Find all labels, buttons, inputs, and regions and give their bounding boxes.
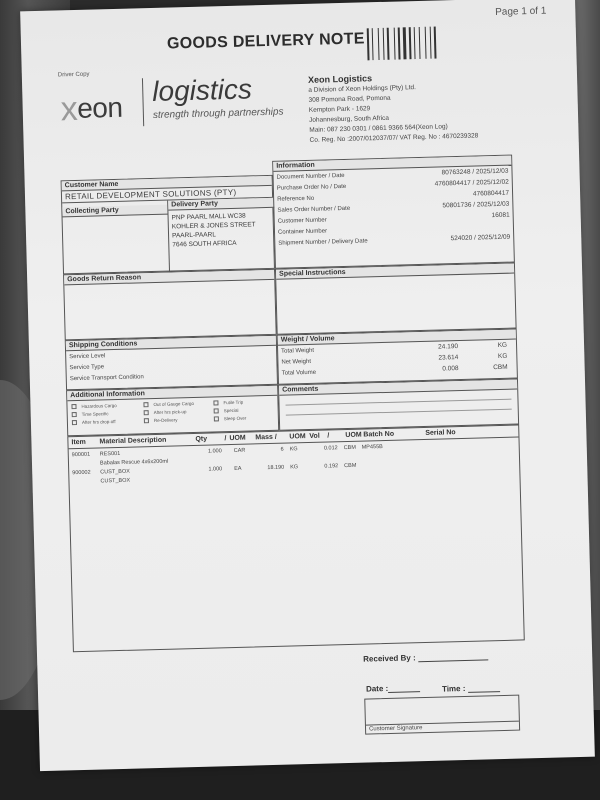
checkbox[interactable] [144,418,149,423]
checkbox-label: Futile Trip [223,399,273,405]
information-section: Information Document Number / Date807632… [272,155,515,269]
comments-section: Comments [278,378,519,430]
col-qty: Qty [195,435,221,443]
logo-logistics: logistics [152,73,252,108]
weight-volume-section: Weight / Volume Total Weight24.190KG Net… [277,329,518,385]
checkbox-label: After hrs drop-off [82,418,144,425]
col-serial: Serial No [425,428,485,437]
received-by: Received By : [363,651,488,663]
col-sep: / [221,435,229,442]
goods-return-section: Goods Return Reason [63,269,277,341]
items-table: Item Material Description Qty / UOM Mass… [67,424,524,652]
time-line [468,684,500,693]
checkbox-label: After hrs pick-up [154,408,214,415]
time-field: Time : [442,683,500,694]
col-vol: Vol [309,432,327,439]
checkbox-label: Special [224,407,274,413]
collecting-party: Collecting Party [62,205,167,218]
document-title: GOODS DELIVERY NOTE [167,30,365,53]
customer-section: Customer Name RETAIL DEVELOPMENT SOLUTIO… [61,175,275,275]
company-details: Xeon Logistics a Division of Xeon Holdin… [308,69,479,145]
checkbox[interactable] [72,420,77,425]
information-rows: Document Number / Date80763248 / 2025/12… [273,166,513,249]
comment-line [286,409,512,416]
special-instructions-section: Special Instructions [275,263,517,335]
page-number: Page 1 of 1 [495,6,546,18]
date-line [388,684,420,693]
checkbox[interactable] [144,410,149,415]
signature-label: Customer Signature [366,721,519,734]
logo-tagline: strength through partnerships [153,107,284,121]
col-batch: Batch No [363,430,425,439]
col-material: Material Description [99,436,195,446]
logo-xeon: xeon [60,87,123,128]
col-sep: / [327,432,339,439]
col-uom: UOM [229,434,255,442]
delivery-address: PNP PAARL MALL WC38 KOHLER & JONES STREE… [168,208,275,253]
additional-information-section: Additional Information Hazardous CargoOu… [66,385,279,437]
barcode-icon [367,26,458,60]
checkbox[interactable] [71,404,76,409]
checkbox-label: Out of Gauge Cargo [153,400,213,407]
checkbox-label: Re-Delivery [154,416,214,423]
checkbox-label: Hazardous Cargo [81,402,143,409]
checkbox[interactable] [72,412,77,417]
company-logo: xeon logistics strength through partners… [60,72,321,139]
collecting-party-header: Collecting Party [62,205,167,218]
shipping-row: Service Transport Condition [70,372,210,382]
signature-box: Customer Signature [364,695,520,735]
received-by-line [418,652,488,662]
address-line: 7646 SOUTH AFRICA [172,238,272,250]
comment-line [286,399,512,406]
col-mass-uom: UOM [283,433,309,441]
checkbox[interactable] [214,408,219,413]
date-field: Date : [366,683,420,693]
checkbox-label: Time Specific [82,410,144,417]
checkbox-label: Sleep Over [224,415,274,421]
shipping-conditions-section: Shipping Conditions Service Level Servic… [65,335,278,391]
col-mass: Mass / [255,434,283,442]
document-body: Page 1 of 1 GOODS DELIVERY NOTE Driver C… [56,0,576,770]
checkbox[interactable] [213,400,218,405]
col-item: Item [71,438,99,446]
additional-options: Hazardous CargoOut of Gauge CargoFutile … [67,396,278,428]
delivery-note-paper: Page 1 of 1 GOODS DELIVERY NOTE Driver C… [20,0,595,771]
checkbox[interactable] [143,402,148,407]
checkbox[interactable] [214,416,219,421]
col-vol-uom: UOM [339,432,363,440]
logo-divider [142,78,144,126]
delivery-party: Delivery Party PNP PAARL MALL WC38 KOHLE… [167,198,276,273]
